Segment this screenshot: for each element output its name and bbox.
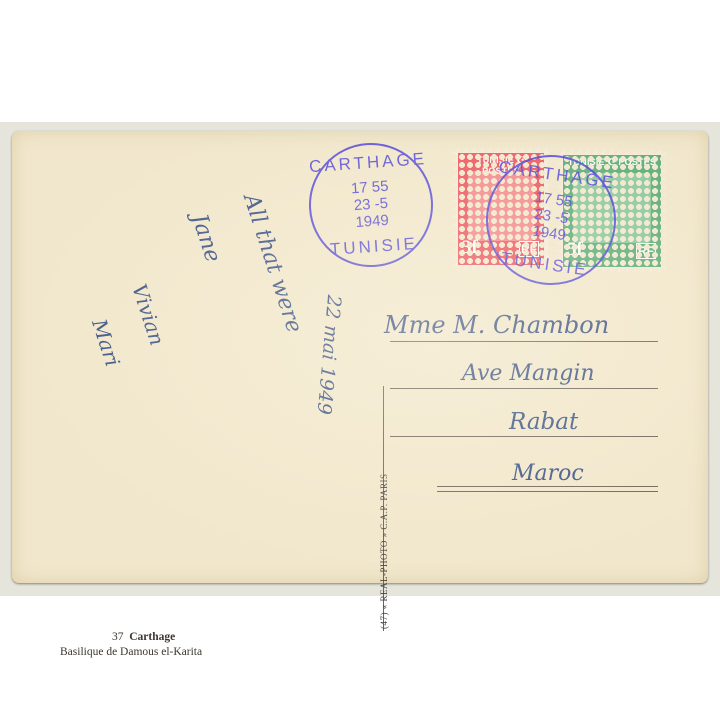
postmark-1-year: 1949: [312, 209, 433, 234]
postmark-2: CARTHAGE 17 55 23 -5 1949 TUNISIE: [478, 147, 625, 294]
postmark-1-town: CARTHAGE: [308, 149, 429, 177]
address-rule-3: [390, 436, 658, 437]
stamp-3f-country: TUNISIE ☪ POSTES: [458, 155, 544, 176]
postmark-2-date: 23 -5: [488, 199, 615, 233]
address-rule-4b: [437, 491, 658, 492]
postmark-1-time: 17 55: [309, 175, 430, 200]
postmark-2-country: TUNISIE: [481, 246, 609, 283]
stamp-5f: TUNISIE ☪ POSTES 5f RF: [558, 150, 666, 272]
stamp-5f-value: 5f: [567, 239, 583, 261]
postmark-1: CARTHAGE 17 55 23 -5 1949 TUNISIE: [305, 139, 437, 271]
address-rule-2: [390, 388, 658, 389]
address-line-4: Maroc: [512, 461, 584, 486]
postcard-back: 37 Carthage Basilique de Damous el-Karit…: [12, 131, 708, 583]
message-line-1: All that were: [238, 191, 306, 336]
postmark-1-date: 23 -5: [311, 192, 432, 217]
caption-place: Carthage: [129, 631, 175, 643]
publisher-text: (47) « REAL-PHOTO » C.A.P. PARIS: [379, 473, 389, 629]
stamp-3f-rf: RF: [519, 241, 539, 257]
photo-caption: 37 Carthage Basilique de Damous el-Karit…: [60, 630, 202, 660]
address-rule-1: [390, 341, 658, 342]
stamp-3f-value: 3f: [462, 237, 478, 259]
postmark-1-country: TUNISIE: [313, 233, 434, 261]
stamp-5f-rf: RF: [636, 243, 656, 259]
stamp-3f: TUNISIE ☪ POSTES 3f RF: [453, 148, 549, 270]
message-line-4: Mari: [87, 316, 125, 369]
postmark-2-time: 17 55: [490, 183, 617, 217]
message-line-3: Vivian: [127, 281, 169, 348]
address-line-1: Mme M. Chambon: [384, 311, 609, 339]
postmark-2-year: 1949: [486, 216, 613, 250]
message-date: 22 mai 1949: [313, 294, 345, 415]
caption-subtitle: Basilique de Damous el-Karita: [60, 645, 202, 660]
message-line-2: Jane: [186, 211, 225, 265]
address-rule-4a: [437, 486, 658, 487]
address-line-2: Ave Mangin: [462, 361, 595, 386]
postmark-2-town: CARTHAGE: [493, 157, 621, 194]
stamp-5f-country: TUNISIE ☪ POSTES: [563, 157, 661, 168]
caption-number: 37: [112, 631, 124, 643]
address-line-3: Rabat: [509, 409, 578, 435]
